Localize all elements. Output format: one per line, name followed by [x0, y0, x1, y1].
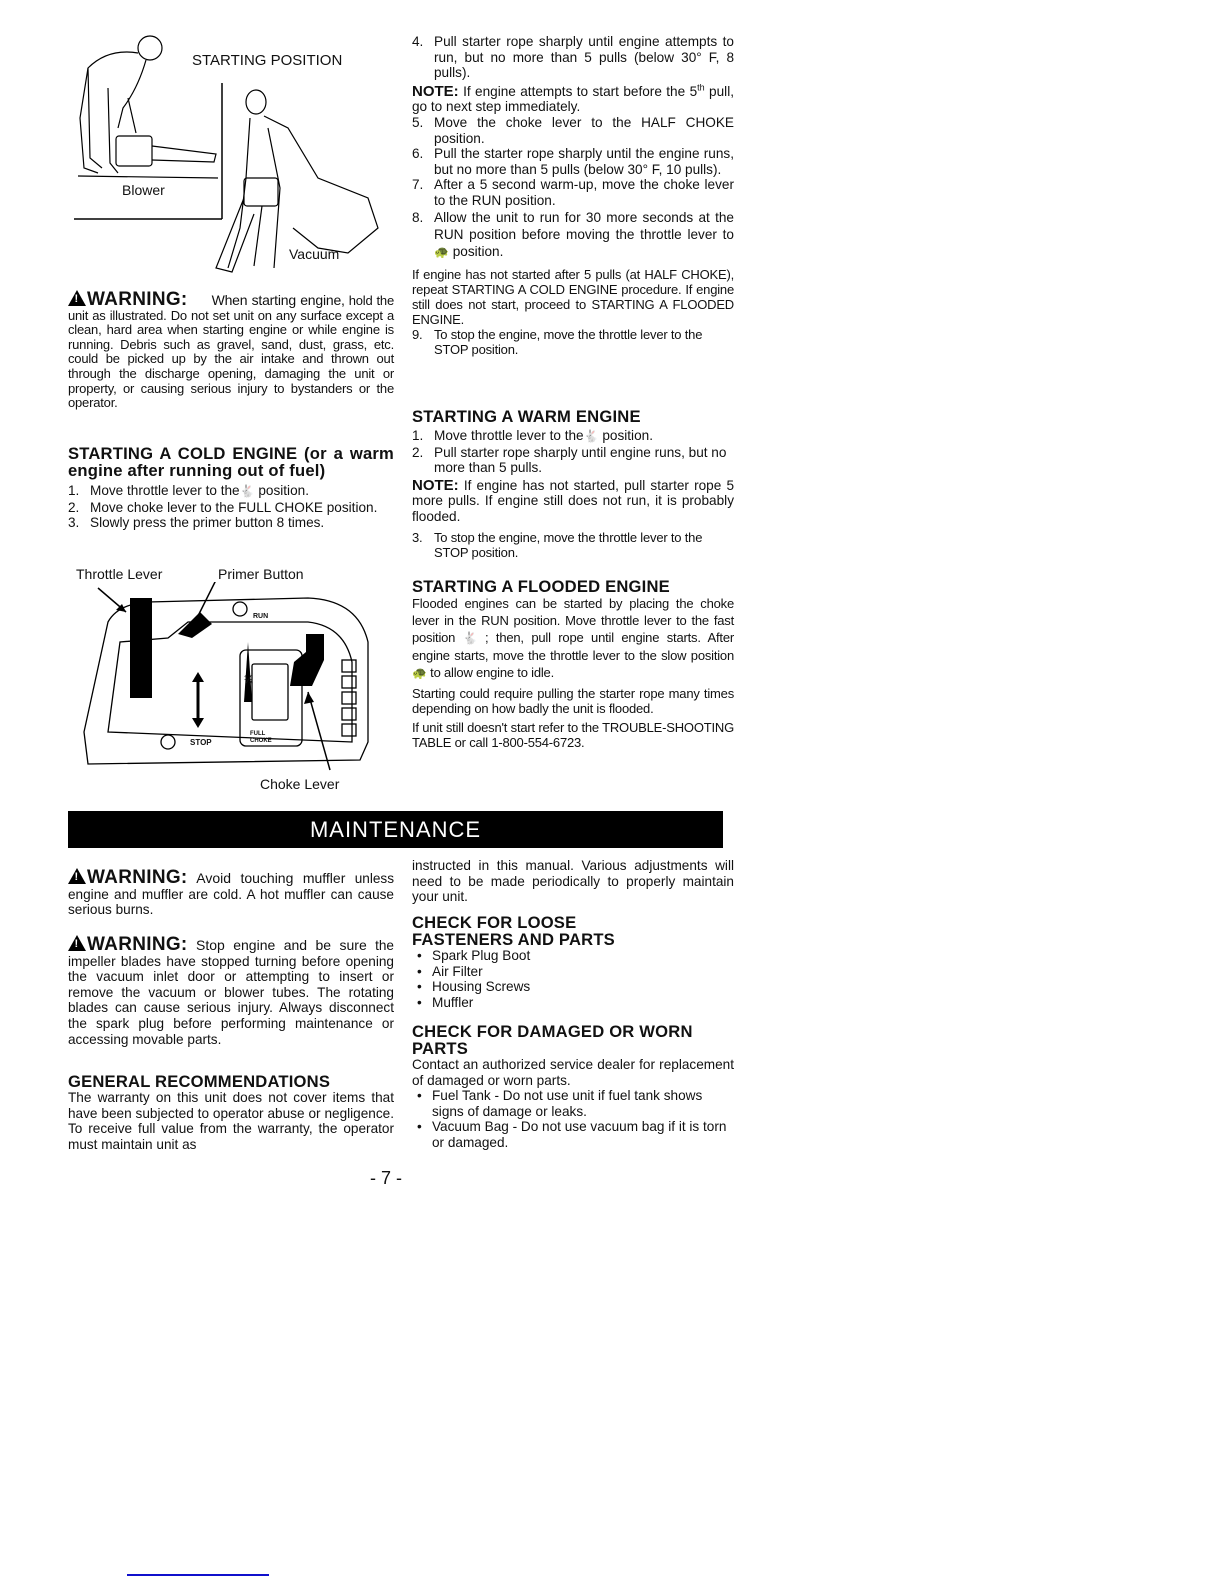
step-text: After a 5 second warm-up, move the choke…	[434, 177, 734, 208]
cold-engine-steps: 1.Move throttle lever to the🐇 position. …	[68, 483, 394, 531]
cold-engine-paragraph: If engine has not started after 5 pulls …	[412, 267, 734, 327]
warning-lead: Avoid touching muffler	[188, 870, 346, 886]
flooded-text: to allow engine to idle.	[427, 665, 554, 680]
step-text: position.	[599, 428, 653, 443]
warm-engine-heading: STARTING A WARM ENGINE	[412, 408, 734, 425]
list-item-text: Spark Plug Boot	[432, 948, 530, 963]
mark-stop: STOP	[190, 738, 212, 747]
loose-heading-1: CHECK FOR LOOSE	[412, 914, 734, 931]
list-item: •Muffler	[412, 995, 734, 1011]
cold-engine-step-9: 9.To stop the engine, move the throttle …	[412, 327, 734, 357]
list-item-text: Fuel Tank - Do not use unit if fuel tank…	[432, 1088, 702, 1119]
note-sup: th	[697, 82, 705, 92]
flooded-engine-heading: STARTING A FLOODED ENGINE	[412, 578, 734, 595]
list-item: •Spark Plug Boot	[412, 948, 734, 964]
step-text: Move the choke lever to the HALF CHOKE p…	[434, 115, 734, 146]
step-number: 2.	[412, 445, 423, 461]
cold-engine-heading: STARTING A COLD ENGINE (or a warm engine…	[68, 445, 394, 479]
step-item: 7.After a 5 second warm-up, move the cho…	[412, 177, 734, 208]
loose-heading-2: FASTENERS AND PARTS	[412, 931, 734, 948]
list-item-text: Air Filter	[432, 964, 483, 979]
note-label: NOTE:	[412, 477, 459, 494]
bullet-icon: •	[417, 964, 422, 980]
cold-engine-steps-more: 5.Move the choke lever to the HALF CHOKE…	[412, 115, 734, 261]
damaged-heading-2: PARTS	[412, 1040, 734, 1057]
warning-label: WARNING:	[87, 867, 188, 888]
step-number: 2.	[68, 500, 79, 516]
list-item: •Vacuum Bag - Do not use vacuum bag if i…	[412, 1119, 734, 1150]
step-number: 4.	[412, 34, 423, 50]
step-text: Slowly press the primer button 8 times.	[90, 515, 324, 530]
loose-items-list: •Spark Plug Boot •Air Filter •Housing Sc…	[412, 948, 734, 1010]
control-panel-illustration	[68, 582, 388, 782]
step-number: 1.	[68, 483, 79, 499]
general-recommendations: GENERAL RECOMMENDATIONS The warranty on …	[68, 1073, 394, 1152]
flooded-engine-section: STARTING A FLOODED ENGINE Flooded engine…	[412, 578, 734, 750]
step-text: Pull the starter rope sharply until the …	[434, 146, 734, 177]
list-item: •Fuel Tank - Do not use unit if fuel tan…	[412, 1088, 734, 1119]
note-text: If engine has not started, pull starter …	[412, 478, 734, 524]
turtle-slow-icon: 🐢	[412, 665, 427, 682]
warning-lead: Stop engine and be sure	[188, 937, 367, 953]
step-number: 6.	[412, 146, 423, 162]
step-text: To stop the engine, move the throttle le…	[434, 530, 702, 560]
cold-engine-continued: 4.Pull starter rope sharply until engine…	[412, 34, 734, 357]
warning-body: the impeller blades have stopped turning…	[68, 938, 394, 1047]
damaged-parts-section: CHECK FOR DAMAGED OR WORN PARTS Contact …	[412, 1023, 734, 1151]
warning-body: hold the unit as illustrated. Do not set…	[68, 293, 394, 410]
note-text: If engine attempts to start before the 5	[459, 84, 697, 99]
rabbit-fast-icon: 🐇	[240, 484, 255, 500]
list-item-text: Housing Screws	[432, 979, 530, 994]
step-text: position.	[255, 483, 309, 498]
mark-half: ½	[244, 674, 253, 686]
mark-run: RUN	[253, 613, 268, 620]
figure-label-vacuum: Vacuum	[289, 246, 339, 262]
turtle-slow-icon: 🐢	[434, 244, 449, 261]
step-item: 3.Slowly press the primer button 8 times…	[68, 515, 394, 531]
step-item: 3.To stop the engine, move the throttle …	[412, 530, 734, 560]
figure-label-blower: Blower	[122, 182, 165, 198]
warning-triangle-icon	[68, 935, 86, 951]
rabbit-fast-icon: 🐇	[463, 630, 478, 647]
step-text: Move throttle lever to the	[434, 428, 584, 443]
step-number: 3.	[412, 530, 422, 545]
footer-rule	[127, 1574, 269, 1576]
step-item: 1.Move throttle lever to the🐇 position.	[68, 483, 394, 500]
step-text: Pull starter rope sharply until engine r…	[434, 445, 726, 476]
step-item: 5.Move the choke lever to the HALF CHOKE…	[412, 115, 734, 146]
warm-engine-steps: 1.Move throttle lever to the🐇 position. …	[412, 428, 734, 476]
step-number: 1.	[412, 428, 423, 444]
loose-fasteners-section: CHECK FOR LOOSE FASTENERS AND PARTS •Spa…	[412, 914, 734, 1010]
step-number: 7.	[412, 177, 423, 193]
bullet-icon: •	[417, 948, 422, 964]
label-primer-button: Primer Button	[218, 566, 304, 582]
label-choke-lever: Choke Lever	[260, 776, 339, 792]
throttle-choke-figure: Throttle Lever Primer Button	[68, 566, 388, 798]
step-item: 9.To stop the engine, move the throttle …	[412, 327, 734, 357]
maintenance-banner: MAINTENANCE	[68, 811, 723, 848]
step-number: 5.	[412, 115, 423, 131]
step-text: To stop the engine, move the throttle le…	[434, 327, 702, 357]
step-item: 6.Pull the starter rope sharply until th…	[412, 146, 734, 177]
bullet-icon: •	[417, 1119, 422, 1135]
flooded-paragraph-3: If unit still doesn't start refer to the…	[412, 720, 734, 750]
cold-engine-section: STARTING A COLD ENGINE (or a warm engine…	[68, 445, 394, 531]
step-text: Move choke lever to the FULL CHOKE posit…	[90, 500, 377, 515]
bullet-icon: •	[417, 1088, 422, 1104]
mark-choke: CHOKE	[250, 738, 272, 744]
general-heading: GENERAL RECOMMENDATIONS	[68, 1073, 394, 1090]
warning-triangle-icon	[68, 290, 86, 306]
bullet-icon: •	[417, 979, 422, 995]
general-recommendations-cont: instructed in this manual. Various adjus…	[412, 858, 734, 905]
list-item-text: Muffler	[432, 995, 473, 1010]
list-item: •Air Filter	[412, 964, 734, 980]
warning-label: WARNING:	[87, 934, 188, 955]
blower-illustration	[68, 28, 388, 278]
label-throttle-lever: Throttle Lever	[76, 566, 162, 582]
starting-position-figure: STARTING POSITION Blower Vacuu	[68, 28, 388, 278]
flooded-paragraph-1: Flooded engines can be started by placin…	[412, 595, 734, 682]
mark-full: FULL	[250, 731, 265, 737]
step-text: Pull starter rope sharply until engine a…	[434, 34, 734, 80]
warning-triangle-icon	[68, 868, 86, 884]
warning-impeller-block: WARNING: Stop engine and be sure the imp…	[68, 935, 394, 1047]
warning-lead: When starting engine,	[212, 292, 345, 308]
step-item: 1.Move throttle lever to the🐇 position.	[412, 428, 734, 445]
damaged-body: Contact an authorized service dealer for…	[412, 1057, 734, 1088]
step-text: Allow the unit to run for 30 more second…	[434, 210, 734, 242]
general-body-cont: instructed in this manual. Various adjus…	[412, 858, 734, 905]
warm-engine-step-3: 3.To stop the engine, move the throttle …	[412, 530, 734, 560]
flooded-paragraph-2: Starting could require pulling the start…	[412, 686, 734, 716]
step-text: position.	[449, 244, 503, 259]
step-item: 2.Pull starter rope sharply until engine…	[412, 445, 734, 476]
step-item: 8.Allow the unit to run for 30 more seco…	[412, 209, 734, 261]
damaged-heading-1: CHECK FOR DAMAGED OR WORN	[412, 1023, 734, 1040]
warm-engine-note: NOTE: If engine has not started, pull st…	[412, 478, 734, 525]
warning-muffler-block: WARNING: Avoid touching muffler unless e…	[68, 868, 394, 918]
general-body: The warranty on this unit does not cover…	[68, 1090, 394, 1152]
step-text: Move throttle lever to the	[90, 483, 240, 498]
rabbit-fast-icon: 🐇	[584, 429, 599, 445]
list-item: •Housing Screws	[412, 979, 734, 995]
note-label: NOTE:	[412, 83, 459, 100]
warning-start-block: WARNING: When starting engine, hold the …	[68, 290, 394, 411]
step-number: 8.	[412, 209, 423, 226]
damaged-items-list: •Fuel Tank - Do not use unit if fuel tan…	[412, 1088, 734, 1150]
step-number: 3.	[68, 515, 79, 531]
bullet-icon: •	[417, 995, 422, 1011]
page-number: - 7 -	[370, 1168, 402, 1189]
mark-full-choke: FULLCHOKE	[250, 731, 272, 745]
step-number: 9.	[412, 327, 422, 342]
list-item-text: Vacuum Bag - Do not use vacuum bag if it…	[432, 1119, 726, 1150]
cold-engine-note: NOTE: If engine attempts to start before…	[412, 84, 734, 115]
warm-engine-section: STARTING A WARM ENGINE 1.Move throttle l…	[412, 408, 734, 560]
step-item: 2.Move choke lever to the FULL CHOKE pos…	[68, 500, 394, 516]
cold-engine-steps-cont: 4.Pull starter rope sharply until engine…	[412, 34, 734, 81]
step-item: 4.Pull starter rope sharply until engine…	[412, 34, 734, 81]
